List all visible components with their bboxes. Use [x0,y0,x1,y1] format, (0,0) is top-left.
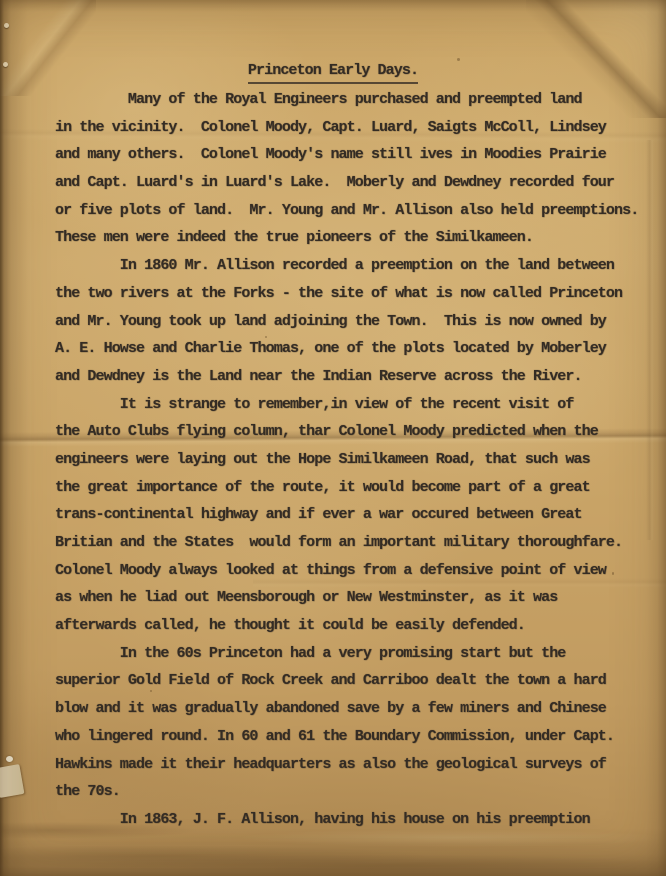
document-page: Princeton Early Days. Many of the Royal … [0,0,666,876]
text-line: It is strange to remember,in view of the… [55,391,660,419]
text-line: in the vicinity. Colonel Moody, Capt. Lu… [55,114,660,142]
torn-tape-fragment [0,764,24,798]
text-line: and Mr. Young took up land adjoining the… [55,308,660,336]
paper-chip [6,756,13,762]
text-line: engineers were laying out the Hope Simil… [55,446,660,474]
text-line: the great importance of the route, it wo… [55,474,660,502]
text-line: and many others. Colonel Moody's name st… [55,141,660,169]
text-line: and Capt. Luard's in Luard's Lake. Mober… [55,169,660,197]
text-line: In the 60s Princeton had a very promisin… [55,640,660,668]
page-left-edge-shadow [0,0,28,876]
text-line: Colonel Moody always looked at things fr… [55,557,660,585]
text-line: In 1863, J. F. Allison, having his house… [55,806,660,834]
text-line: Hawkins made it their headquarters as al… [55,751,660,779]
text-line: trans-continental highway and if ever a … [55,501,660,529]
text-line: the 70s. [55,778,660,806]
text-line: or five plots of land. Mr. Young and Mr.… [55,197,660,225]
text-line: afterwards called, he thought it could b… [55,612,660,640]
page-top-edge-shadow [0,0,666,12]
text-line: These men were indeed the true pioneers … [55,224,660,252]
text-line: the Auto Clubs flying column, thar Colon… [55,418,660,446]
text-line: the two rivers at the Forks - the site o… [55,280,660,308]
document-body: Many of the Royal Engineers purchased an… [55,86,660,834]
document-title: Princeton Early Days. [0,61,666,84]
page-bottom-edge-shadow [0,828,666,876]
text-line: Many of the Royal Engineers purchased an… [55,86,660,114]
document-title-text: Princeton Early Days. [248,61,418,84]
text-line: A. E. Howse and Charlie Thomas, one of t… [55,335,660,363]
staple-hole [4,23,9,28]
text-line: who lingered round. In 60 and 61 the Bou… [55,723,660,751]
text-line: In 1860 Mr. Allison recorded a preemptio… [55,252,660,280]
text-line: Britian and the States would form an imp… [55,529,660,557]
text-line: blow and it was gradually abandoned save… [55,695,660,723]
text-line: as when he liad out Meensborough or New … [55,584,660,612]
text-line: superior Gold Field of Rock Creek and Ca… [55,667,660,695]
text-line: and Dewdney is the Land near the Indian … [55,363,660,391]
